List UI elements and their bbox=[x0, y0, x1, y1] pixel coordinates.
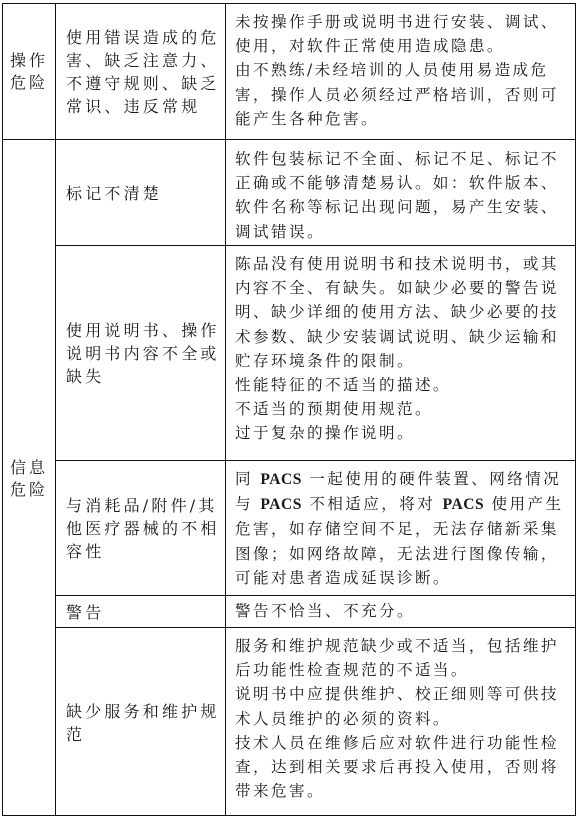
description-paragraph: 技术人员在维修后应对软件进行功能性检查，达到相关要求后再投入使用，否则将带来危害… bbox=[235, 731, 571, 804]
category-cell-information-hazard: 信息 危险 bbox=[3, 141, 55, 816]
column-divider-1 bbox=[55, 3, 56, 816]
hazard-label: 使用说明书、操作说明书内容不全或缺失 bbox=[66, 319, 221, 388]
row-divider bbox=[55, 460, 576, 461]
category-label-line: 操作 bbox=[10, 50, 48, 72]
description-paragraph: 不适当的预期使用规范。 bbox=[235, 397, 571, 421]
category-label-line: 信息 bbox=[10, 457, 48, 479]
row-divider bbox=[55, 627, 576, 628]
row-divider-group bbox=[2, 139, 576, 140]
hazard-cell: 标记不清楚 bbox=[57, 141, 225, 245]
description-paragraph: 软件包装标记不全面、标记不足、标记不正确或不能够清楚易认。如：软件版本、软件名称… bbox=[235, 147, 571, 244]
description-cell: 未按操作手册或说明书进行安装、调试、使用，对软件正常使用造成隐患。 由不熟练/未… bbox=[227, 6, 575, 139]
description-paragraph: 说明书中应提供维护、校正细则等可供技术人员维护的必须的资料。 bbox=[235, 682, 571, 730]
category-label-line: 危险 bbox=[10, 72, 48, 94]
hazard-label: 缺少服务和维护规范 bbox=[66, 700, 221, 746]
description-paragraph: 陈品没有使用说明书和技术说明书，或其内容不全、有缺失。如缺少必要的警告说明、缺少… bbox=[235, 252, 571, 373]
hazard-label: 标记不清楚 bbox=[66, 182, 162, 205]
hazard-label: 与消耗品/附件/其他医疗器械的不相容性 bbox=[66, 494, 221, 563]
description-paragraph: 同 PACS 一起使用的硬件装置、网络情况与 PACS 不相适应，将对 PACS… bbox=[235, 467, 571, 590]
hazard-label: 使用错误造成的危害、缺乏注意力、不遵守规则、缺乏常识、违反常规 bbox=[66, 26, 221, 118]
description-paragraph: 过于复杂的操作说明。 bbox=[235, 421, 571, 445]
hazard-cell: 警告 bbox=[57, 597, 225, 627]
description-paragraph: 未按操作手册或说明书进行安装、调试、使用，对软件正常使用造成隐患。 bbox=[235, 10, 571, 58]
hazard-label: 警告 bbox=[66, 601, 104, 624]
description-cell: 服务和维护规范缺少或不适当，包括维护后功能性检查规范的不适当。 说明书中应提供维… bbox=[227, 630, 575, 816]
hazard-cell: 使用说明书、操作说明书内容不全或缺失 bbox=[57, 247, 225, 460]
description-paragraph: 服务和维护规范缺少或不适当，包括维护后功能性检查规范的不适当。 bbox=[235, 634, 571, 682]
description-paragraph: 警告不恰当、不充分。 bbox=[235, 599, 571, 623]
category-cell-operation-hazard: 操作 危险 bbox=[3, 4, 55, 139]
description-paragraph: 由不熟练/未经培训的人员使用易造成危害，操作人员必须经过严格培训，否则可能产生各… bbox=[235, 58, 571, 131]
category-label-line: 危险 bbox=[10, 479, 48, 501]
hazard-cell: 使用错误造成的危害、缺乏注意力、不遵守规则、缺乏常识、违反常规 bbox=[57, 4, 225, 139]
description-cell: 警告不恰当、不充分。 bbox=[227, 597, 575, 627]
column-divider-2 bbox=[225, 3, 226, 816]
description-cell: 软件包装标记不全面、标记不足、标记不正确或不能够清楚易认。如：软件版本、软件名称… bbox=[227, 143, 575, 245]
description-cell: 同 PACS 一起使用的硬件装置、网络情况与 PACS 不相适应，将对 PACS… bbox=[227, 463, 575, 595]
row-divider bbox=[55, 595, 576, 596]
hazard-cell: 与消耗品/附件/其他医疗器械的不相容性 bbox=[57, 462, 225, 595]
row-divider bbox=[55, 245, 576, 246]
hazard-cell: 缺少服务和维护规范 bbox=[57, 629, 225, 816]
description-paragraph: 性能特征的不适当的描述。 bbox=[235, 373, 571, 397]
description-cell: 陈品没有使用说明书和技术说明书，或其内容不全、有缺失。如缺少必要的警告说明、缺少… bbox=[227, 248, 575, 460]
